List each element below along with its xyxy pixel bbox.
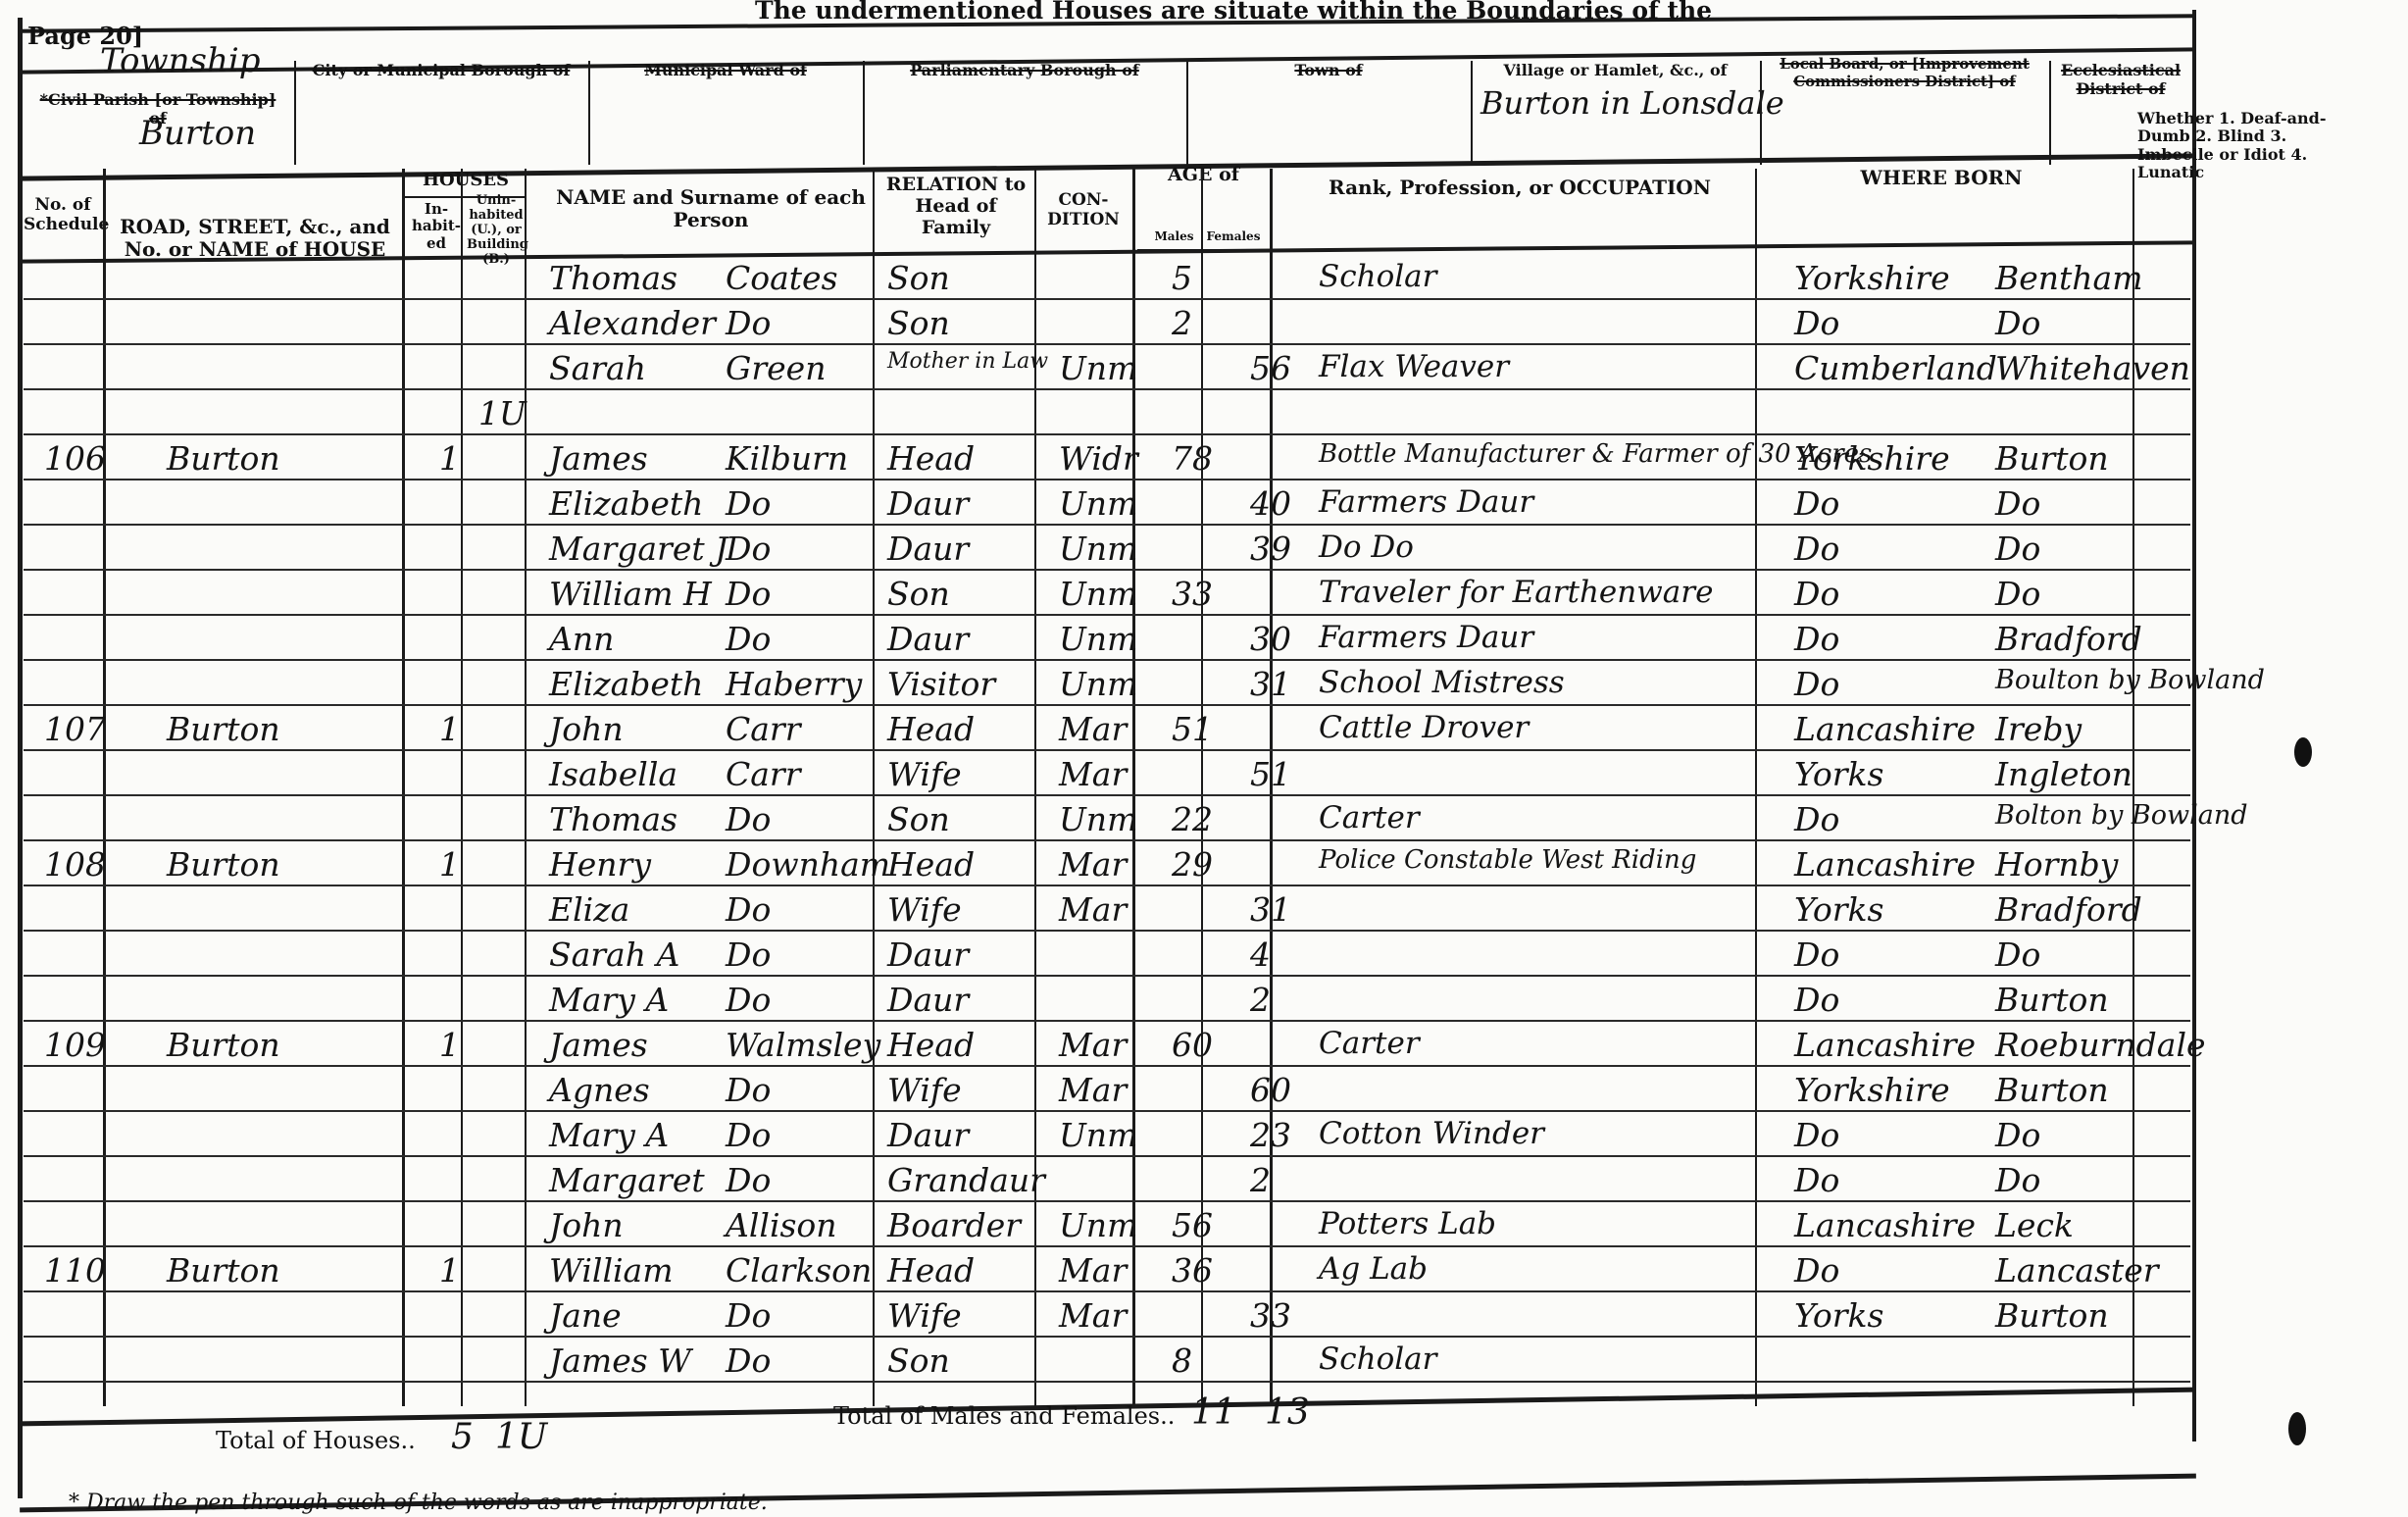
occupation: Ag Lab xyxy=(1319,1251,1428,1287)
occupation: Traveler for Earthenware xyxy=(1319,575,1713,610)
female-age: 30 xyxy=(1250,620,1291,658)
schedule-number: 109 xyxy=(44,1026,106,1064)
row-rule xyxy=(24,569,2190,571)
row-rule xyxy=(24,524,2190,526)
birth-county: Yorkshire xyxy=(1794,259,1950,297)
condition: Unm xyxy=(1059,575,1137,613)
road-name: Burton xyxy=(167,439,280,478)
condition: Mar xyxy=(1059,1296,1127,1335)
relation: Daur xyxy=(887,935,969,974)
birth-county: Yorks xyxy=(1794,890,1884,929)
table-row: Mary ADoDaur2DoBurton xyxy=(0,979,2408,1022)
relation: Boarder xyxy=(887,1206,1021,1244)
birth-county: Yorks xyxy=(1794,755,1884,793)
table-row: AgnesDoWifeMar60YorkshireBurton xyxy=(0,1069,2408,1112)
row-rule xyxy=(24,975,2190,977)
forename: Elizabeth xyxy=(549,665,703,703)
forename: Henry xyxy=(549,845,651,884)
row-rule xyxy=(24,1290,2190,1292)
table-row: AnnDoDaurUnm30Farmers DaurDoBradford xyxy=(0,618,2408,661)
birth-place: Boulton by Bowland xyxy=(1995,665,2265,695)
row-rule xyxy=(24,479,2190,480)
birth-county: Do xyxy=(1794,665,1839,703)
table-row: 108Burton1HenryDownhamHeadMar29Police Co… xyxy=(0,843,2408,886)
occupation: Scholar xyxy=(1319,1341,1436,1377)
occupation: Police Constable West Riding xyxy=(1319,845,1696,875)
table-row: 109Burton1JamesWalmsleyHeadMar60CarterLa… xyxy=(0,1024,2408,1067)
inhabited-count: 1 xyxy=(439,710,460,748)
female-age: 4 xyxy=(1250,935,1271,974)
road-name: Burton xyxy=(167,710,280,748)
birth-county: Do xyxy=(1794,484,1839,523)
birth-county: Lancashire xyxy=(1794,1206,1976,1244)
birth-place: Leck xyxy=(1995,1206,2074,1244)
surname: Clarkson xyxy=(726,1251,872,1289)
surname: Haberry xyxy=(726,665,862,703)
female-age: 31 xyxy=(1250,890,1291,929)
condition: Unm xyxy=(1059,620,1137,658)
footnote: * Draw the pen through such of the words… xyxy=(69,1491,768,1515)
forename: William H xyxy=(549,575,712,613)
condition: Mar xyxy=(1059,1251,1127,1289)
surname: Do xyxy=(726,1296,771,1335)
surname: Do xyxy=(726,484,771,523)
surname: Do xyxy=(726,530,771,568)
relation: Head xyxy=(887,1251,975,1289)
table-row: William HDoSonUnm33Traveler for Earthenw… xyxy=(0,573,2408,616)
total-males: 11 xyxy=(1191,1392,1236,1433)
surname: Do xyxy=(726,1161,771,1199)
surname: Do xyxy=(726,935,771,974)
road-name: Burton xyxy=(167,1251,280,1289)
relation: Mother in Law xyxy=(887,349,1048,374)
relation: Son xyxy=(887,575,950,613)
condition: Widr xyxy=(1059,439,1138,478)
occupation: Flax Weaver xyxy=(1319,349,1509,384)
male-age: 29 xyxy=(1172,845,1213,884)
surname: Walmsley xyxy=(726,1026,880,1064)
surname: Downham xyxy=(726,845,890,884)
row-rule xyxy=(24,1336,2190,1338)
row-rule xyxy=(24,298,2190,300)
row-rule xyxy=(24,749,2190,751)
surname: Do xyxy=(726,1116,771,1154)
birth-county: Do xyxy=(1794,575,1839,613)
surname: Do xyxy=(726,981,771,1019)
male-age: 36 xyxy=(1172,1251,1213,1289)
male-age: 2 xyxy=(1172,304,1192,342)
condition: Mar xyxy=(1059,1026,1127,1064)
surname: Do xyxy=(726,800,771,838)
forename: James xyxy=(549,439,648,478)
birth-place: Do xyxy=(1995,530,2040,568)
occupation: Carter xyxy=(1319,800,1420,835)
surname: Do xyxy=(726,890,771,929)
uninhabited-count: 1U xyxy=(478,394,527,432)
birth-place: Burton xyxy=(1995,981,2109,1019)
female-age: 33 xyxy=(1250,1296,1291,1335)
surname: Carr xyxy=(726,755,800,793)
table-row: James WDoSon8Scholar xyxy=(0,1340,2408,1383)
relation: Daur xyxy=(887,484,969,523)
surname: Do xyxy=(726,620,771,658)
row-rule xyxy=(24,659,2190,661)
condition: Mar xyxy=(1059,1071,1127,1109)
row-rule xyxy=(24,1245,2190,1247)
birth-county: Do xyxy=(1794,304,1839,342)
birth-place: Burton xyxy=(1995,439,2109,478)
inhabited-count: 1 xyxy=(439,439,460,478)
forename: James xyxy=(549,1026,648,1064)
condition: Unm xyxy=(1059,349,1137,387)
male-age: 78 xyxy=(1172,439,1213,478)
birth-place: Do xyxy=(1995,1161,2040,1199)
row-rule xyxy=(24,614,2190,616)
table-row: Mary ADoDaurUnm23Cotton WinderDoDo xyxy=(0,1114,2408,1157)
occupation: Bottle Manufacturer & Farmer of 30 Acres xyxy=(1319,439,1872,469)
forename: Sarah A xyxy=(549,935,679,974)
total-inhabited: 5 xyxy=(451,1417,474,1457)
table-row: 106Burton1JamesKilburnHeadWidr78Bottle M… xyxy=(0,437,2408,480)
occupation: Farmers Daur xyxy=(1319,620,1533,655)
row-rule xyxy=(24,433,2190,435)
relation: Head xyxy=(887,1026,975,1064)
male-age: 8 xyxy=(1172,1341,1192,1380)
female-age: 40 xyxy=(1250,484,1291,523)
condition: Mar xyxy=(1059,845,1127,884)
occupation: Scholar xyxy=(1319,259,1436,294)
census-rows: ThomasCoatesSon5ScholarYorkshireBenthamA… xyxy=(0,0,2408,1517)
occupation: Farmers Daur xyxy=(1319,484,1533,520)
total-females: 13 xyxy=(1265,1392,1310,1433)
forename: Alexander xyxy=(549,304,716,342)
forename: Jane xyxy=(549,1296,622,1335)
condition: Unm xyxy=(1059,484,1137,523)
birth-county: Yorks xyxy=(1794,1296,1884,1335)
table-row: SarahGreenMother in LawUnm56Flax WeaverC… xyxy=(0,347,2408,390)
birth-county: Do xyxy=(1794,1116,1839,1154)
female-age: 51 xyxy=(1250,755,1291,793)
forename: Sarah xyxy=(549,349,646,387)
birth-county: Yorkshire xyxy=(1794,439,1950,478)
occupation: Carter xyxy=(1319,1026,1420,1061)
forename: John xyxy=(549,1206,624,1244)
female-age: 2 xyxy=(1250,981,1271,1019)
relation: Visitor xyxy=(887,665,995,703)
relation: Head xyxy=(887,439,975,478)
surname: Coates xyxy=(726,259,838,297)
table-row: 107Burton1JohnCarrHeadMar51Cattle Drover… xyxy=(0,708,2408,751)
birth-county: Lancashire xyxy=(1794,845,1976,884)
surname: Kilburn xyxy=(726,439,848,478)
birth-place: Whitehaven xyxy=(1995,349,2190,387)
forename: James W xyxy=(549,1341,691,1380)
row-rule xyxy=(24,1065,2190,1067)
surname: Allison xyxy=(726,1206,837,1244)
table-row: ThomasDoSonUnm22CarterDoBolton by Bowlan… xyxy=(0,798,2408,841)
occupation: Do Do xyxy=(1319,530,1414,565)
birth-county: Do xyxy=(1794,800,1839,838)
occupation: Cotton Winder xyxy=(1319,1116,1544,1151)
male-age: 56 xyxy=(1172,1206,1213,1244)
row-rule xyxy=(24,930,2190,932)
male-age: 33 xyxy=(1172,575,1213,613)
birth-place: Burton xyxy=(1995,1296,2109,1335)
row-rule xyxy=(24,388,2190,390)
male-age: 51 xyxy=(1172,710,1213,748)
female-age: 23 xyxy=(1250,1116,1291,1154)
row-rule xyxy=(24,343,2190,345)
birth-place: Burton xyxy=(1995,1071,2109,1109)
male-age: 5 xyxy=(1172,259,1192,297)
road-name: Burton xyxy=(167,845,280,884)
relation: Son xyxy=(887,259,950,297)
condition: Unm xyxy=(1059,1206,1137,1244)
table-row: JohnAllisonBoarderUnm56Potters LabLancas… xyxy=(0,1204,2408,1247)
birth-place: Ireby xyxy=(1995,710,2082,748)
row-rule xyxy=(24,885,2190,886)
table-row: MargaretDoGrandaur2DoDo xyxy=(0,1159,2408,1202)
forename: Ann xyxy=(549,620,614,658)
schedule-number: 106 xyxy=(44,439,106,478)
relation: Head xyxy=(887,845,975,884)
birth-county: Do xyxy=(1794,1251,1839,1289)
table-row: ThomasCoatesSon5ScholarYorkshireBentham xyxy=(0,257,2408,300)
schedule-number: 108 xyxy=(44,845,106,884)
row-rule xyxy=(24,839,2190,841)
table-row: Sarah ADoDaur4DoDo xyxy=(0,934,2408,977)
birth-place: Do xyxy=(1995,1116,2040,1154)
condition: Unm xyxy=(1059,665,1137,703)
birth-place: Bentham xyxy=(1995,259,2143,297)
condition: Unm xyxy=(1059,1116,1137,1154)
male-age: 60 xyxy=(1172,1026,1213,1064)
birth-place: Lancaster xyxy=(1995,1251,2159,1289)
total-houses-label: Total of Houses.. xyxy=(216,1427,416,1454)
surname: Do xyxy=(726,1071,771,1109)
birth-county: Do xyxy=(1794,1161,1839,1199)
ink-blot xyxy=(2288,1412,2306,1445)
row-rule xyxy=(24,1381,2190,1383)
forename: Thomas xyxy=(549,800,677,838)
row-rule xyxy=(24,1200,2190,1202)
table-row: IsabellaCarrWifeMar51YorksIngleton xyxy=(0,753,2408,796)
condition: Unm xyxy=(1059,800,1137,838)
inhabited-count: 1 xyxy=(439,1026,460,1064)
row-rule xyxy=(24,794,2190,796)
table-row: AlexanderDoSon2DoDo xyxy=(0,302,2408,345)
birth-county: Do xyxy=(1794,620,1839,658)
relation: Daur xyxy=(887,1116,969,1154)
schedule-number: 110 xyxy=(44,1251,106,1289)
female-age: 2 xyxy=(1250,1161,1271,1199)
forename: Margaret xyxy=(549,1161,705,1199)
forename: John xyxy=(549,710,624,748)
condition: Mar xyxy=(1059,755,1127,793)
birth-county: Lancashire xyxy=(1794,1026,1976,1064)
occupation: Potters Lab xyxy=(1319,1206,1496,1241)
relation: Wife xyxy=(887,1071,962,1109)
relation: Daur xyxy=(887,530,969,568)
birth-place: Do xyxy=(1995,304,2040,342)
table-row: Margaret JDoDaurUnm39Do DoDoDo xyxy=(0,528,2408,571)
birth-place: Hornby xyxy=(1995,845,2118,884)
row-rule xyxy=(24,1020,2190,1022)
total-uninhabited: 1U xyxy=(495,1417,547,1457)
table-row: ElizaDoWifeMar31YorksBradford xyxy=(0,888,2408,932)
row-rule xyxy=(24,1155,2190,1157)
birth-county: Yorkshire xyxy=(1794,1071,1950,1109)
relation: Son xyxy=(887,1341,950,1380)
table-row: ElizabethHaberryVisitorUnm31School Mistr… xyxy=(0,663,2408,706)
forename: William xyxy=(549,1251,674,1289)
inhabited-count: 1 xyxy=(439,1251,460,1289)
forename: Thomas xyxy=(549,259,677,297)
condition: Unm xyxy=(1059,530,1137,568)
condition: Mar xyxy=(1059,710,1127,748)
birth-place: Do xyxy=(1995,484,2040,523)
forename: Elizabeth xyxy=(549,484,703,523)
female-age: 39 xyxy=(1250,530,1291,568)
forename: Agnes xyxy=(549,1071,650,1109)
male-age: 22 xyxy=(1172,800,1213,838)
birth-place: Do xyxy=(1995,575,2040,613)
table-row: 110Burton1WilliamClarksonHeadMar36Ag Lab… xyxy=(0,1249,2408,1292)
relation: Wife xyxy=(887,755,962,793)
relation: Son xyxy=(887,800,950,838)
surname: Do xyxy=(726,304,771,342)
table-row: ElizabethDoDaurUnm40Farmers DaurDoDo xyxy=(0,482,2408,526)
surname: Carr xyxy=(726,710,800,748)
relation: Head xyxy=(887,710,975,748)
birth-county: Cumberland xyxy=(1794,349,1997,387)
road-name: Burton xyxy=(167,1026,280,1064)
female-age: 56 xyxy=(1250,349,1291,387)
forename: Margaret J xyxy=(549,530,727,568)
forename: Mary A xyxy=(549,1116,669,1154)
birth-place: Ingleton xyxy=(1995,755,2132,793)
occupation: School Mistress xyxy=(1319,665,1565,700)
total-persons-label: Total of Males and Females.. xyxy=(833,1402,1175,1430)
ink-blot xyxy=(2294,737,2312,767)
surname: Do xyxy=(726,1341,771,1380)
condition: Mar xyxy=(1059,890,1127,929)
female-age: 31 xyxy=(1250,665,1291,703)
birth-place: Roeburndale xyxy=(1995,1026,2206,1064)
birth-county: Do xyxy=(1794,935,1839,974)
birth-county: Lancashire xyxy=(1794,710,1976,748)
surname: Green xyxy=(726,349,826,387)
row-rule xyxy=(24,704,2190,706)
relation: Daur xyxy=(887,620,969,658)
inhabited-count: 1 xyxy=(439,845,460,884)
forename: Isabella xyxy=(549,755,677,793)
birth-county: Do xyxy=(1794,981,1839,1019)
relation: Wife xyxy=(887,1296,962,1335)
relation: Wife xyxy=(887,890,962,929)
relation: Daur xyxy=(887,981,969,1019)
table-row: JaneDoWifeMar33YorksBurton xyxy=(0,1294,2408,1338)
row-rule xyxy=(24,1110,2190,1112)
relation: Grandaur xyxy=(887,1161,1045,1199)
birth-county: Do xyxy=(1794,530,1839,568)
female-age: 60 xyxy=(1250,1071,1291,1109)
birth-place: Bradford xyxy=(1995,620,2142,658)
forename: Eliza xyxy=(549,890,629,929)
birth-place: Bradford xyxy=(1995,890,2142,929)
schedule-number: 107 xyxy=(44,710,106,748)
surname: Do xyxy=(726,575,771,613)
relation: Son xyxy=(887,304,950,342)
birth-place: Do xyxy=(1995,935,2040,974)
table-row: 1U xyxy=(0,392,2408,435)
forename: Mary A xyxy=(549,981,669,1019)
occupation: Cattle Drover xyxy=(1319,710,1529,745)
birth-place: Bolton by Bowland xyxy=(1995,800,2248,831)
